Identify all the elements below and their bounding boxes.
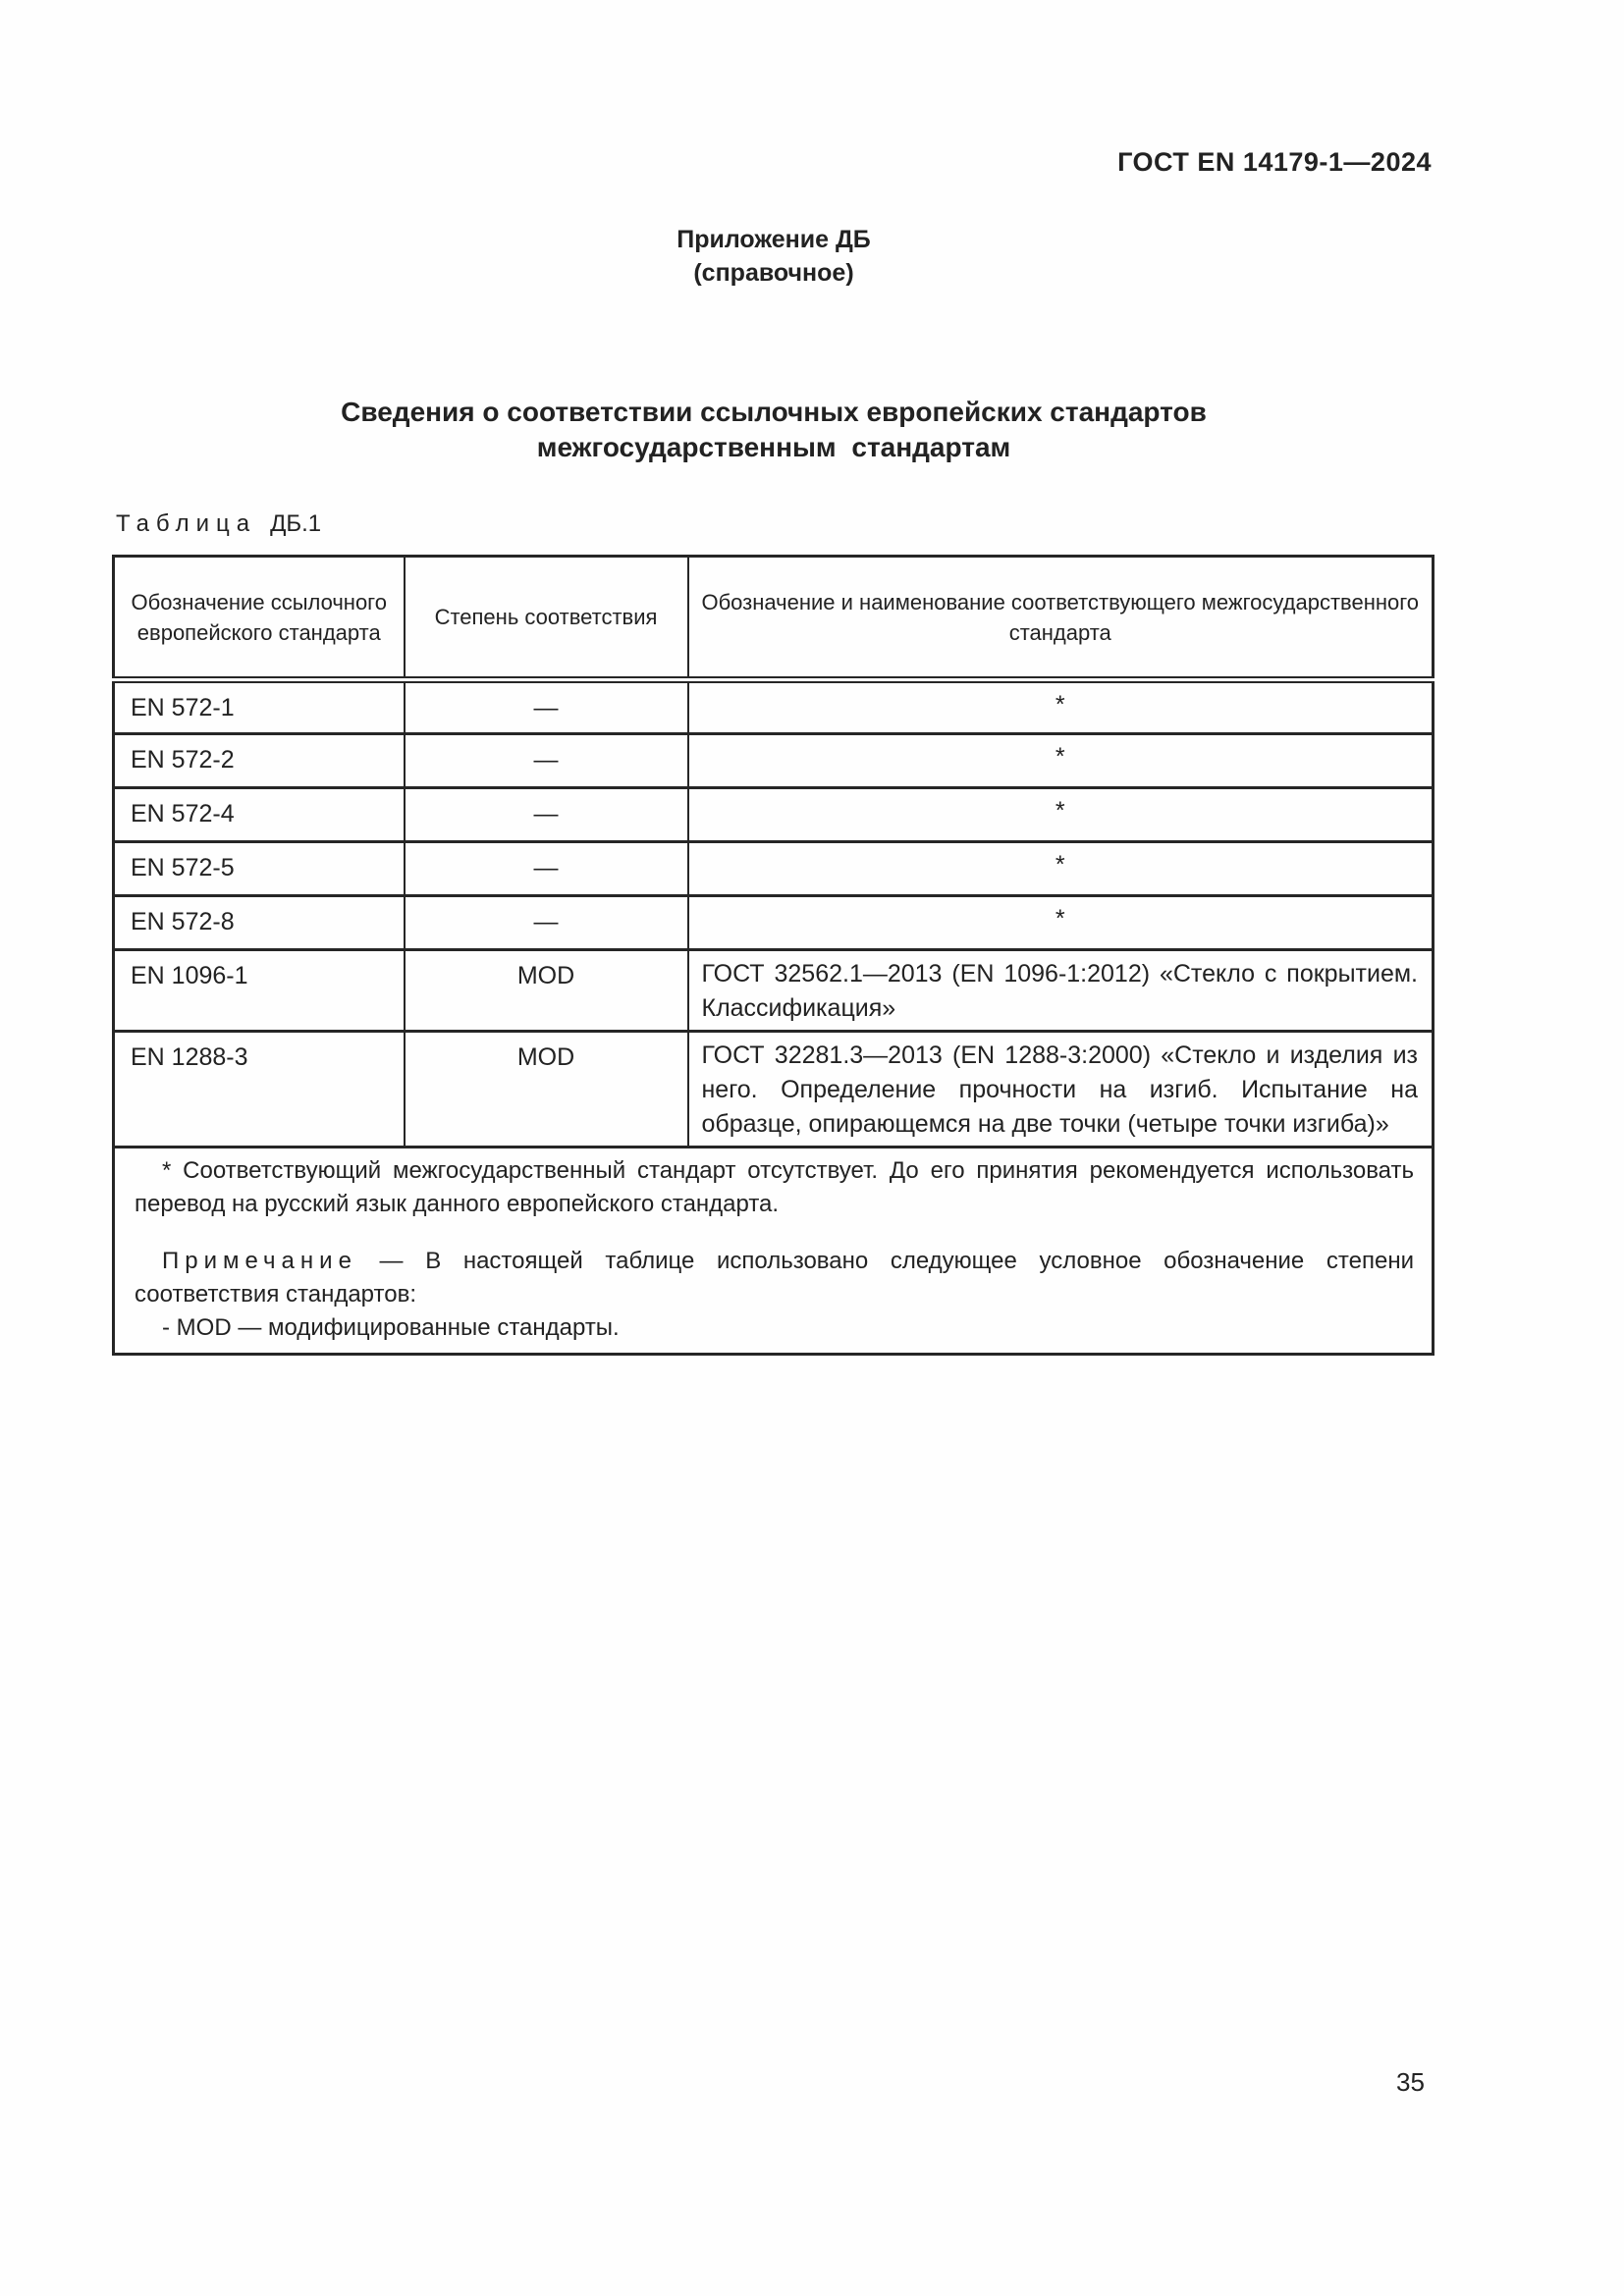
table-note-label: Примечание: [162, 1248, 357, 1274]
cell-ref: EN 1288-3: [114, 1032, 405, 1148]
standards-table-wrap: Обозначение ссылочного европейского стан…: [112, 555, 1435, 1356]
cell-degree: —: [405, 680, 688, 734]
table-row: EN 572-8 — *: [114, 896, 1434, 950]
cell-match: ГОСТ 32562.1—2013 (EN 1096-1:2012) «Стек…: [688, 950, 1434, 1032]
document-page: ГОСТ EN 14179-1—2024 Приложение ДБ (спра…: [0, 0, 1624, 2296]
table-label-word: Таблица: [116, 510, 256, 537]
appendix-title: Приложение ДБ: [116, 223, 1432, 256]
page-title: Сведения о соответствии ссылочных европе…: [116, 395, 1432, 465]
cell-ref: EN 1096-1: [114, 950, 405, 1032]
document-header: ГОСТ EN 14179-1—2024: [116, 147, 1432, 178]
cell-degree: —: [405, 842, 688, 896]
table-row: EN 572-4 — *: [114, 788, 1434, 842]
cell-match: *: [688, 680, 1434, 734]
table-note-item: - MOD — модифицированные стандарты.: [135, 1311, 1414, 1345]
table-footnote: * Соответствующий межгосударственный ста…: [135, 1154, 1414, 1221]
page-title-line2: межгосударственным стандартам: [116, 430, 1432, 465]
table-header-row: Обозначение ссылочного европейского стан…: [114, 557, 1434, 680]
page-number: 35: [1396, 2067, 1425, 2098]
table-row: EN 1096-1 MOD ГОСТ 32562.1—2013 (EN 1096…: [114, 950, 1434, 1032]
table-label: ТаблицаДБ.1: [116, 510, 321, 538]
cell-ref: EN 572-8: [114, 896, 405, 950]
cell-degree: —: [405, 734, 688, 788]
table-row: EN 572-2 — *: [114, 734, 1434, 788]
header-cell-reference: Обозначение ссылочного европейского стан…: [114, 557, 405, 680]
cell-match: *: [688, 734, 1434, 788]
cell-degree: MOD: [405, 1032, 688, 1148]
cell-degree: —: [405, 788, 688, 842]
table-row: EN 572-1 — *: [114, 680, 1434, 734]
cell-degree: MOD: [405, 950, 688, 1032]
cell-match: *: [688, 842, 1434, 896]
table-row: EN 572-5 — *: [114, 842, 1434, 896]
appendix-subtitle: (справочное): [116, 256, 1432, 290]
header-cell-degree: Степень соответствия: [405, 557, 688, 680]
cell-match: *: [688, 788, 1434, 842]
cell-ref: EN 572-2: [114, 734, 405, 788]
cell-match: *: [688, 896, 1434, 950]
standards-table: Обозначение ссылочного европейского стан…: [112, 555, 1435, 1356]
cell-ref: EN 572-4: [114, 788, 405, 842]
table-note: Примечание — В настоящей таблице использ…: [135, 1245, 1414, 1311]
page-title-line1: Сведения о соответствии ссылочных европе…: [116, 395, 1432, 430]
cell-degree: —: [405, 896, 688, 950]
table-footer-cell: * Соответствующий межгосударственный ста…: [114, 1148, 1434, 1355]
table-row: EN 1288-3 MOD ГОСТ 32281.3—2013 (EN 1288…: [114, 1032, 1434, 1148]
table-label-number: ДБ.1: [270, 510, 321, 537]
table-footer-row: * Соответствующий межгосударственный ста…: [114, 1148, 1434, 1355]
appendix-heading: Приложение ДБ (справочное): [116, 223, 1432, 290]
header-cell-match: Обозначение и наименование соответствующ…: [688, 557, 1434, 680]
cell-ref: EN 572-5: [114, 842, 405, 896]
cell-match: ГОСТ 32281.3—2013 (EN 1288-3:2000) «Стек…: [688, 1032, 1434, 1148]
cell-ref: EN 572-1: [114, 680, 405, 734]
